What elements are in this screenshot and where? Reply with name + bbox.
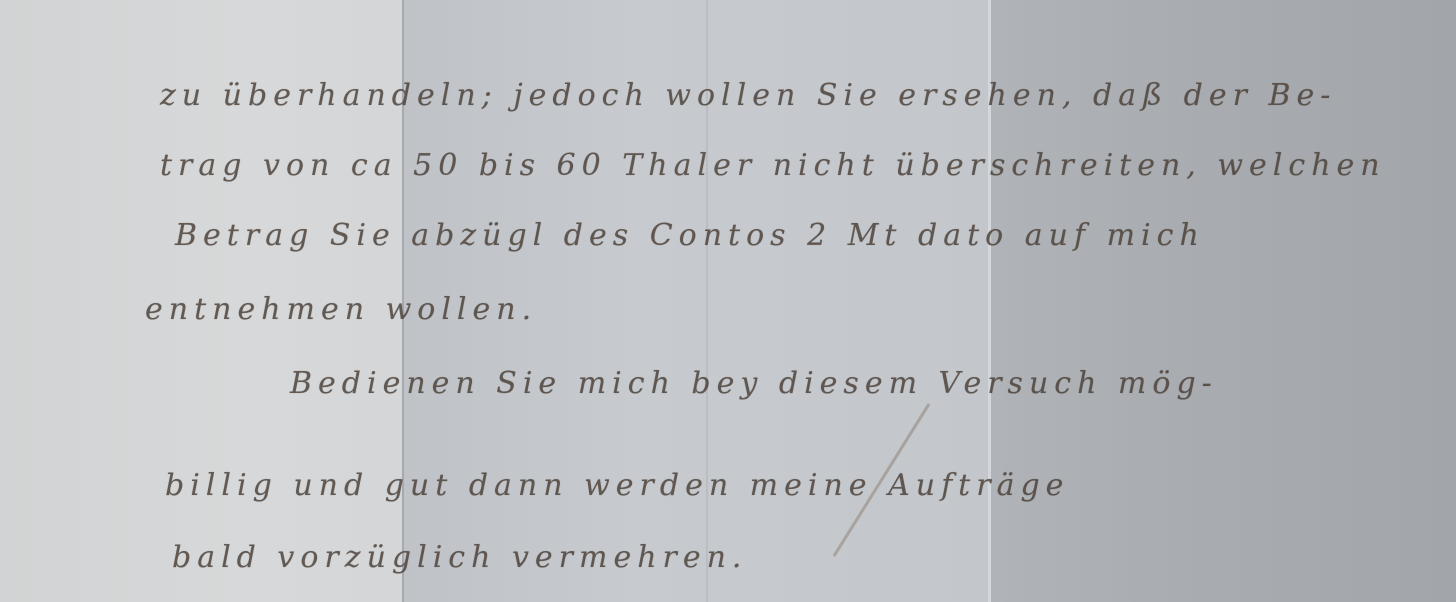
letter-photograph: zu überhandeln; jedoch wollen Sie ersehe… bbox=[0, 0, 1456, 602]
handwritten-line: zu überhandeln; jedoch wollen Sie ersehe… bbox=[160, 78, 1336, 113]
handwritten-line: Bedienen Sie mich bey diesem Versuch mög… bbox=[290, 366, 1218, 401]
handwritten-line: trag von ca 50 bis 60 Thaler nicht übers… bbox=[160, 148, 1386, 183]
handwritten-line: billig und gut dann werden meine Aufträg… bbox=[165, 468, 1069, 503]
handwritten-line: entnehmen wollen. bbox=[145, 292, 537, 327]
handwritten-line: bald vorzüglich vermehren. bbox=[172, 540, 747, 575]
handwritten-line: Betrag Sie abzügl des Contos 2 Mt dato a… bbox=[175, 218, 1205, 253]
